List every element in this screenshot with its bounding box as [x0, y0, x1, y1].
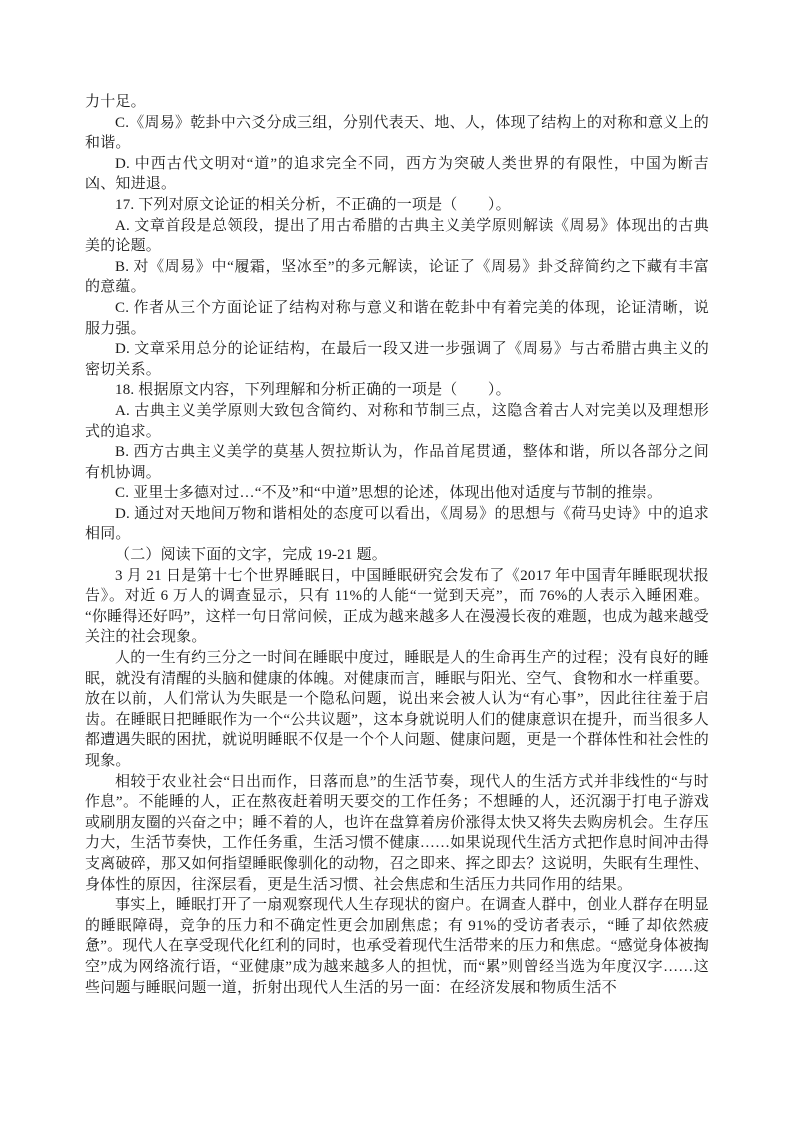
paragraph: C. 作者从三个方面论证了结构对称与意义和谐在乾卦中有着完美的体现，论证清晰，说… [85, 298, 709, 339]
paragraph: 力十足。 [85, 92, 709, 113]
paragraph: B. 西方古典主义美学的莫基人贺拉斯认为，作品首尾贯通，整体和谐，所以各部分之间… [85, 442, 709, 483]
paragraph: 18. 根据原文内容，下列理解和分析正确的一项是（ ）。 [85, 380, 709, 401]
paragraph: A. 古典主义美学原则大致包含简约、对称和节制三点，这隐含着古人对完美以及理想形… [85, 401, 709, 442]
paragraph: 3 月 21 日是第十七个世界睡眠日，中国睡眠研究会发布了《2017 年中国青年… [85, 566, 709, 648]
paragraph: B. 对《周易》中“履霜，坚冰至”的多元解读，论证了《周易》卦爻辞简约之下藏有丰… [85, 257, 709, 298]
paragraph: A. 文章首段是总领段，提出了用古希腊的古典主义美学原则解读《周易》体现出的古典… [85, 216, 709, 257]
paragraph: 相较于农业社会“日出而作，日落而息”的生活节奏，现代人的生活方式并非线性的“与时… [85, 772, 709, 896]
paragraph: D. 中西古代文明对“道”的追求完全不同，西方为突破人类世界的有限性，中国为断吉… [85, 154, 709, 195]
paragraph: （二）阅读下面的文字，完成 19-21 题。 [85, 545, 709, 566]
paragraph: 17. 下列对原文论证的相关分析，不正确的一项是（ ）。 [85, 195, 709, 216]
paragraph: D. 文章采用总分的论证结构，在最后一段又进一步强调了《周易》与古希腊古典主义的… [85, 339, 709, 380]
text-block: 力十足。C.《周易》乾卦中六爻分成三组，分别代表天、地、人，体现了结构上的对称和… [85, 92, 709, 998]
paragraph: D. 通过对天地间万物和谐相处的态度可以看出，《周易》的思想与《荷马史诗》中的追… [85, 504, 709, 545]
paragraph: C. 亚里士多德对过…“不及”和“中道”思想的论述，体现出他对适度与节制的推崇。 [85, 483, 709, 504]
document-page: 力十足。C.《周易》乾卦中六爻分成三组，分别代表天、地、人，体现了结构上的对称和… [0, 0, 794, 1123]
paragraph: 人的一生有约三分之一时间在睡眠中度过，睡眠是人的生命再生产的过程；没有良好的睡眠… [85, 648, 709, 772]
paragraph: C.《周易》乾卦中六爻分成三组，分别代表天、地、人，体现了结构上的对称和意义上的… [85, 113, 709, 154]
paragraph: 事实上，睡眠打开了一扇观察现代人生存现状的窗户。在调查人群中，创业人群存在明显的… [85, 895, 709, 998]
